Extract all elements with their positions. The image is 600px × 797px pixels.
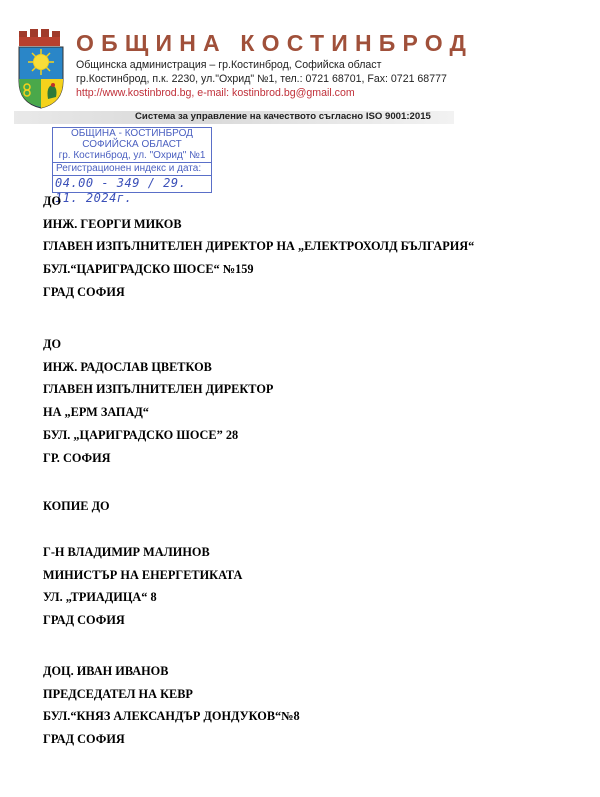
recipient-line: ДОЦ. ИВАН ИВАНОВ xyxy=(43,664,168,679)
recipient-line: ИНЖ. РАДОСЛАВ ЦВЕТКОВ xyxy=(43,360,212,375)
recipient-line: УЛ. „ТРИАДИЦА“ 8 xyxy=(43,590,157,605)
recipient-line: Г-Н ВЛАДИМИР МАЛИНОВ xyxy=(43,545,210,560)
recipient-line: ГРАД СОФИЯ xyxy=(43,613,125,628)
registration-stamp: ОБЩИНА - КОСТИНБРОД СОФИЙСКА ОБЛАСТ гр. … xyxy=(52,127,212,193)
recipient-line: ГРАД СОФИЯ xyxy=(43,732,125,747)
recipient-line: БУЛ.“ЦАРИГРАДСКО ШОСЕ“ №159 xyxy=(43,262,254,277)
recipient-line: ПРЕДСЕДАТЕЛ НА КЕВР xyxy=(43,687,193,702)
recipient-line: ДО xyxy=(43,194,61,209)
recipient-line: МИНИСТЪР НА ЕНЕРГЕТИКАТА xyxy=(43,568,242,583)
recipient-line: ГР. СОФИЯ xyxy=(43,451,111,466)
header-contact-link[interactable]: http://www.kostinbrod.bg, e-mail: kostin… xyxy=(76,87,355,99)
stamp-region: СОФИЙСКА ОБЛАСТ xyxy=(53,139,211,150)
recipient-line: ГЛАВЕН ИЗПЪЛНИТЕЛЕН ДИРЕКТОР НА „ЕЛЕКТРО… xyxy=(43,239,474,254)
recipient-line: БУЛ.“КНЯЗ АЛЕКСАНДЪР ДОНДУКОВ“№8 xyxy=(43,709,300,724)
recipient-line: ГРАД СОФИЯ xyxy=(43,285,125,300)
header-address-line: гр.Костинброд, п.к. 2230, ул."Охрид" №1,… xyxy=(76,73,447,85)
recipient-line: ДО xyxy=(43,337,61,352)
stamp-registration-number: 04.00 - 349 / 29. 11. 2024г. xyxy=(53,176,211,206)
stamp-org: ОБЩИНА - КОСТИНБРОД xyxy=(53,128,211,139)
recipient-line: ИНЖ. ГЕОРГИ МИКОВ xyxy=(43,217,182,232)
recipient-line: КОПИЕ ДО xyxy=(43,499,110,514)
header-administration-line: Общинска администрация – гр.Костинброд, … xyxy=(76,59,381,71)
recipient-line: ГЛАВЕН ИЗПЪЛНИТЕЛЕН ДИРЕКТОР xyxy=(43,382,273,397)
recipient-line: БУЛ. „ЦАРИГРАДСКО ШОСЕ” 28 xyxy=(43,428,238,443)
municipal-coat-of-arms-icon xyxy=(16,29,66,109)
recipient-line: НА „ЕРМ ЗАПАД“ xyxy=(43,405,149,420)
stamp-index-label: Регистрационен индекс и дата: xyxy=(53,162,211,176)
stamp-address: гр. Костинброд, ул. "Охрид" №1 xyxy=(53,150,211,161)
iso-statement: Система за управление на качеството съгл… xyxy=(135,111,431,122)
organization-title: ОБЩИНА КОСТИНБРОД xyxy=(76,30,473,57)
